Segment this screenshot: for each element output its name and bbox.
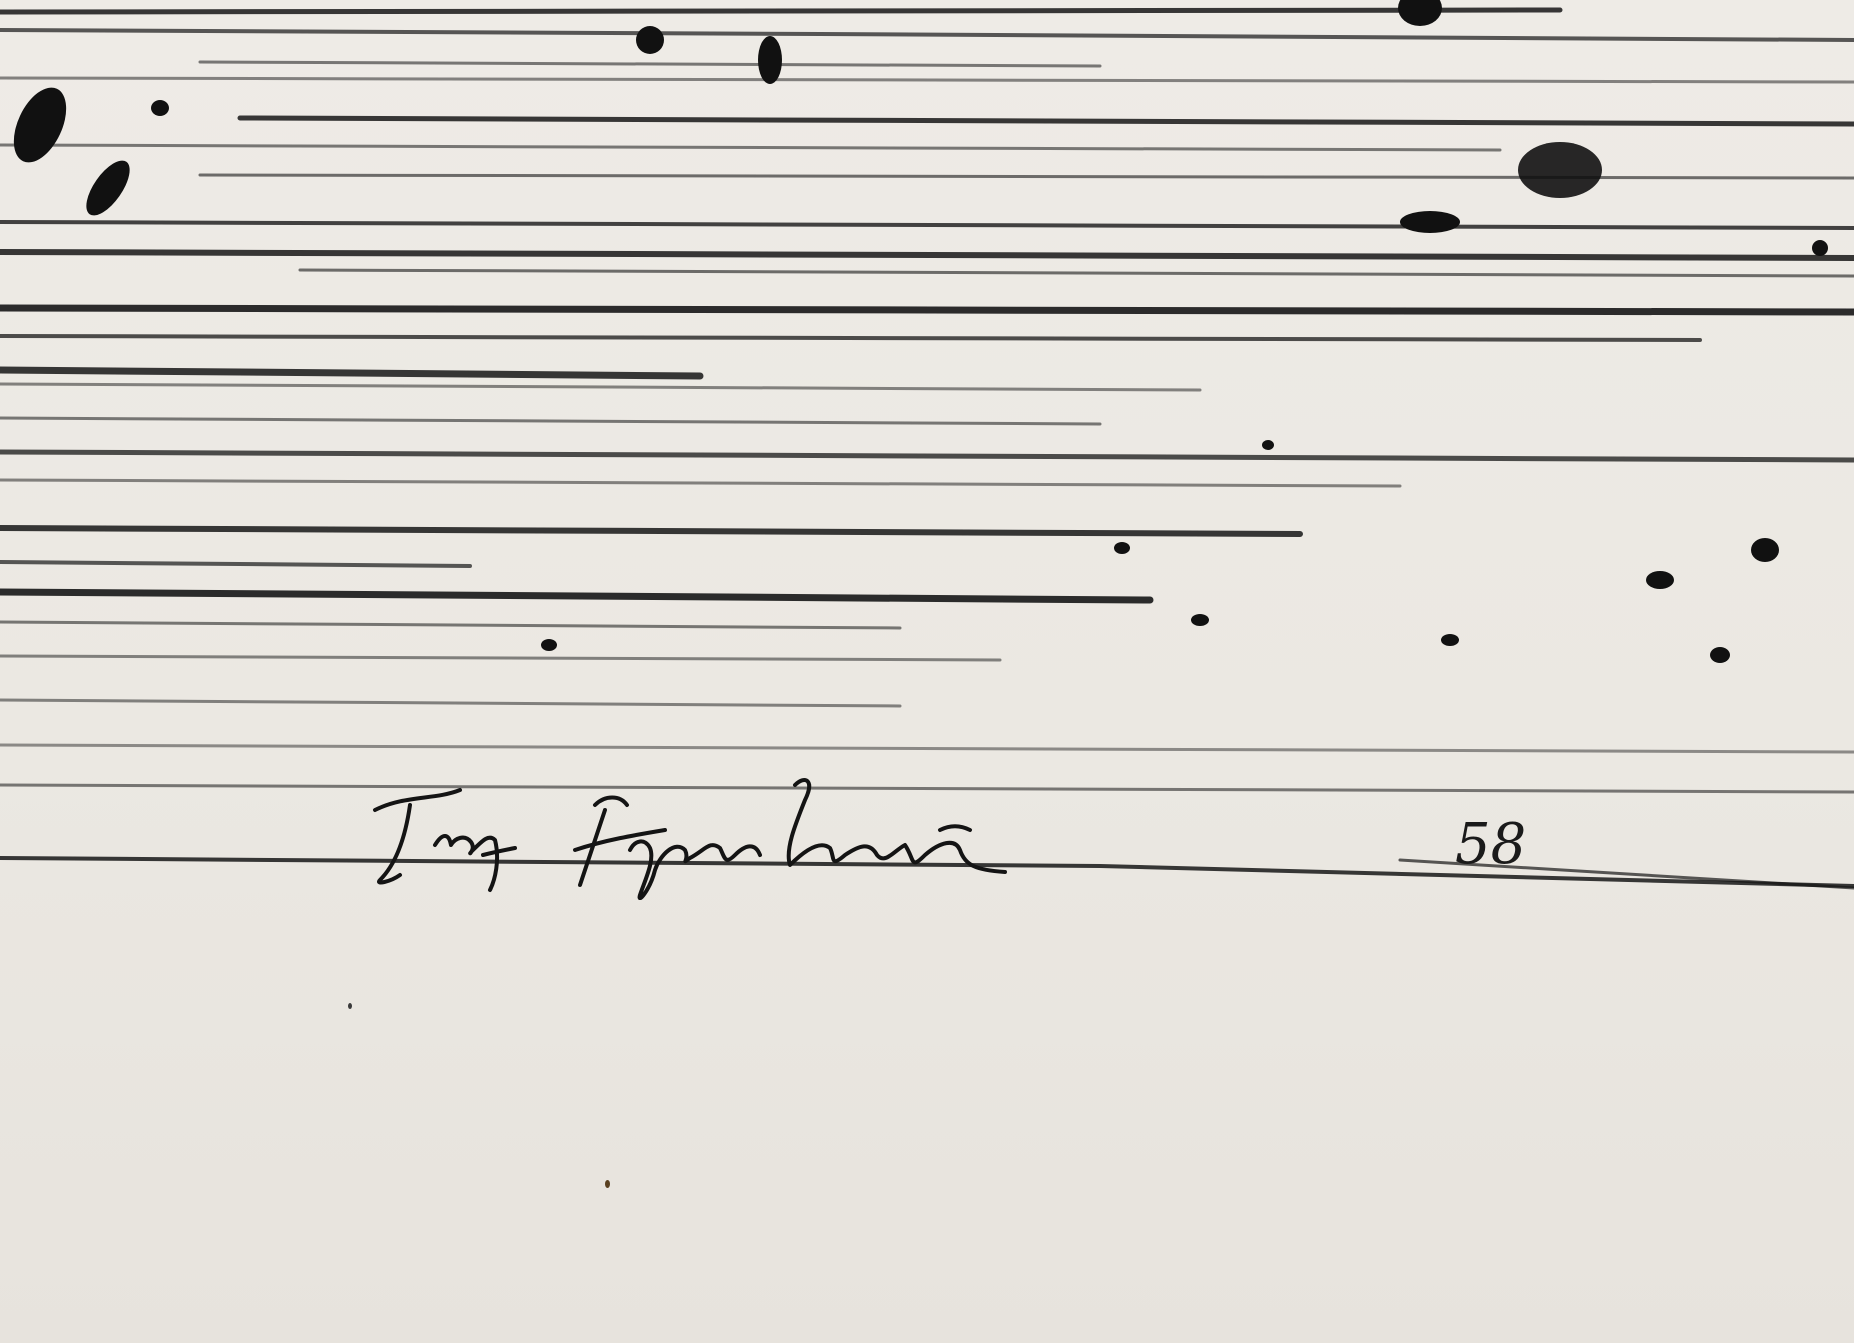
horizontal-ink-strokes <box>0 0 1854 895</box>
artwork-photo: Josef Hegenbarth 58 <box>0 0 1854 1343</box>
paper-speck <box>348 1003 352 1009</box>
signature-year: 58 <box>1455 812 1526 877</box>
printed-plate-area <box>0 0 1854 895</box>
paper-speck <box>605 1180 610 1188</box>
